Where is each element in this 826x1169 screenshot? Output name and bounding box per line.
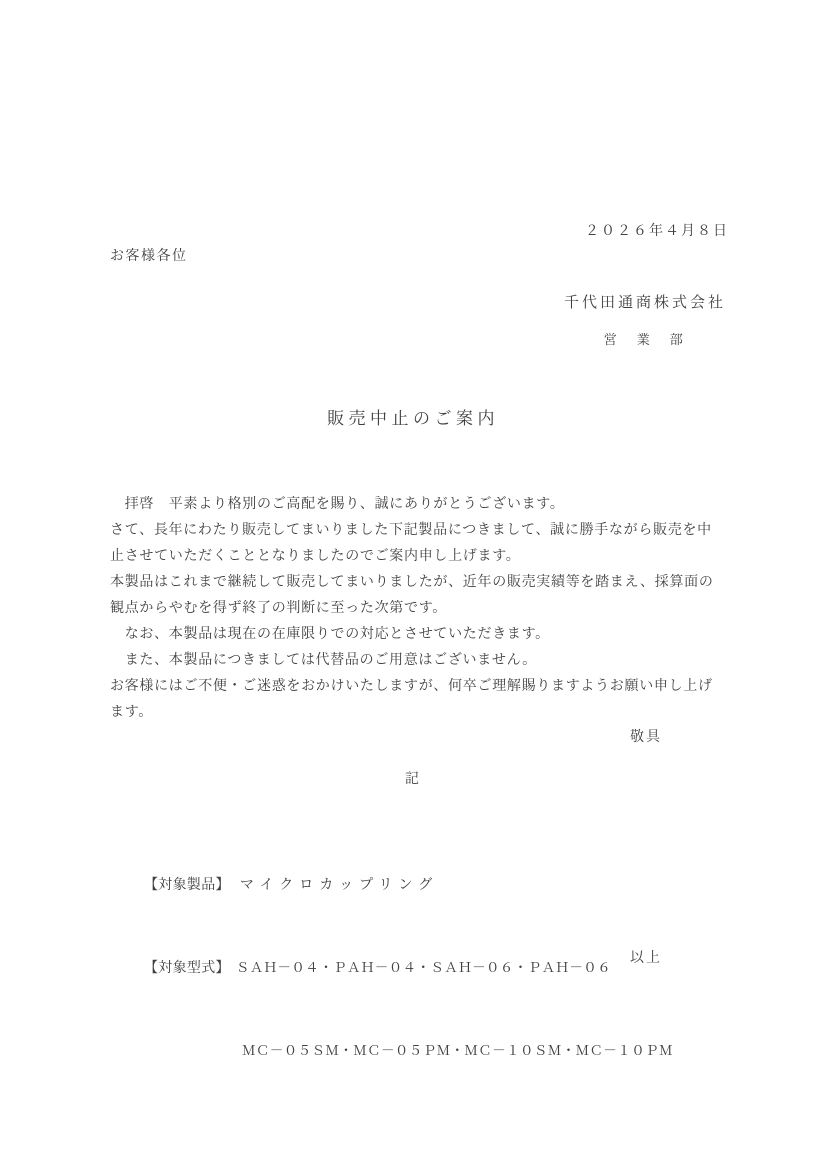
subject-models-label: 【対象型式】 <box>144 961 230 976</box>
subject-models-value-2: ＭＣ－０５ＳＭ・ＭＣ－０５ＰＭ・ＭＣ－１０ＳＭ・ＭＣ－１０ＰＭ <box>242 1043 673 1058</box>
record-marker-ki: 記 <box>0 768 826 788</box>
subject-product-value: マイクロカップリング <box>240 878 438 893</box>
body-line: また、本製品につきましては代替品のご用意はございません。 <box>110 648 750 674</box>
body-line: 拝啓 平素より格別のご高配を賜り、誠にありがとうございます。 <box>110 492 750 518</box>
subject-models-value-1: ＳＡＨ－０４・ＰＡＨ－０４・ＳＡＨ－０６・ＰＡＨ－０６ <box>236 960 611 975</box>
body-line: 観点からやむを得ず終了の判断に至った次第です。 <box>110 596 750 622</box>
sender-company: 千代田通商株式会社 <box>561 293 729 313</box>
letter-body: 拝啓 平素より格別のご高配を賜り、誠にありがとうございます。さて、長年にわたり販… <box>110 492 750 726</box>
sender-department: 営 業 部 <box>561 329 729 348</box>
sender-block: 千代田通商株式会社 営 業 部 <box>561 293 729 348</box>
letter-title: 販売中止のご案内 <box>0 404 826 429</box>
subject-models-line-1: 【対象型式】ＳＡＨ－０４・ＰＡＨ－０４・ＳＡＨ－０６・ＰＡＨ－０６ <box>123 927 673 1010</box>
end-marker-ijou: 以上 <box>630 947 662 967</box>
body-line: ます。 <box>110 700 750 726</box>
subject-product-label: 【対象製品】 <box>144 878 230 893</box>
letter-date: ２０２６年４月８日 <box>585 220 729 240</box>
body-line: お客様にはご不便・ご迷惑をおかけいたしますが、何卒ご理解賜りますようお願い申し上… <box>110 674 750 700</box>
body-line: さて、長年にわたり販売してまいりました下記製品につきまして、誠に勝手ながら販売を… <box>110 518 750 544</box>
letter-page: ２０２６年４月８日 お客様各位 千代田通商株式会社 営 業 部 販売中止のご案内… <box>0 0 826 1169</box>
body-line: なお、本製品は現在の在庫限りでの対応とさせていただきます。 <box>110 622 750 648</box>
body-line: 本製品はこれまで継続して販売してまいりましたが、近年の販売実績等を踏まえ、採算面… <box>110 570 750 596</box>
recipient-line: お客様各位 <box>110 245 188 265</box>
subject-models-line-2: ＭＣ－０５ＳＭ・ＭＣ－０５ＰＭ・ＭＣ－１０ＳＭ・ＭＣ－１０ＰＭ <box>123 1010 673 1093</box>
body-line: 止させていただくこととなりましたのでご案内申し上げます。 <box>110 544 750 570</box>
subject-product-line: 【対象製品】マイクロカップリング <box>123 845 673 927</box>
closing-keigu: 敬具 <box>630 726 662 746</box>
subject-items: 【対象製品】マイクロカップリング 【対象型式】ＳＡＨ－０４・ＰＡＨ－０４・ＳＡＨ… <box>123 845 673 1093</box>
